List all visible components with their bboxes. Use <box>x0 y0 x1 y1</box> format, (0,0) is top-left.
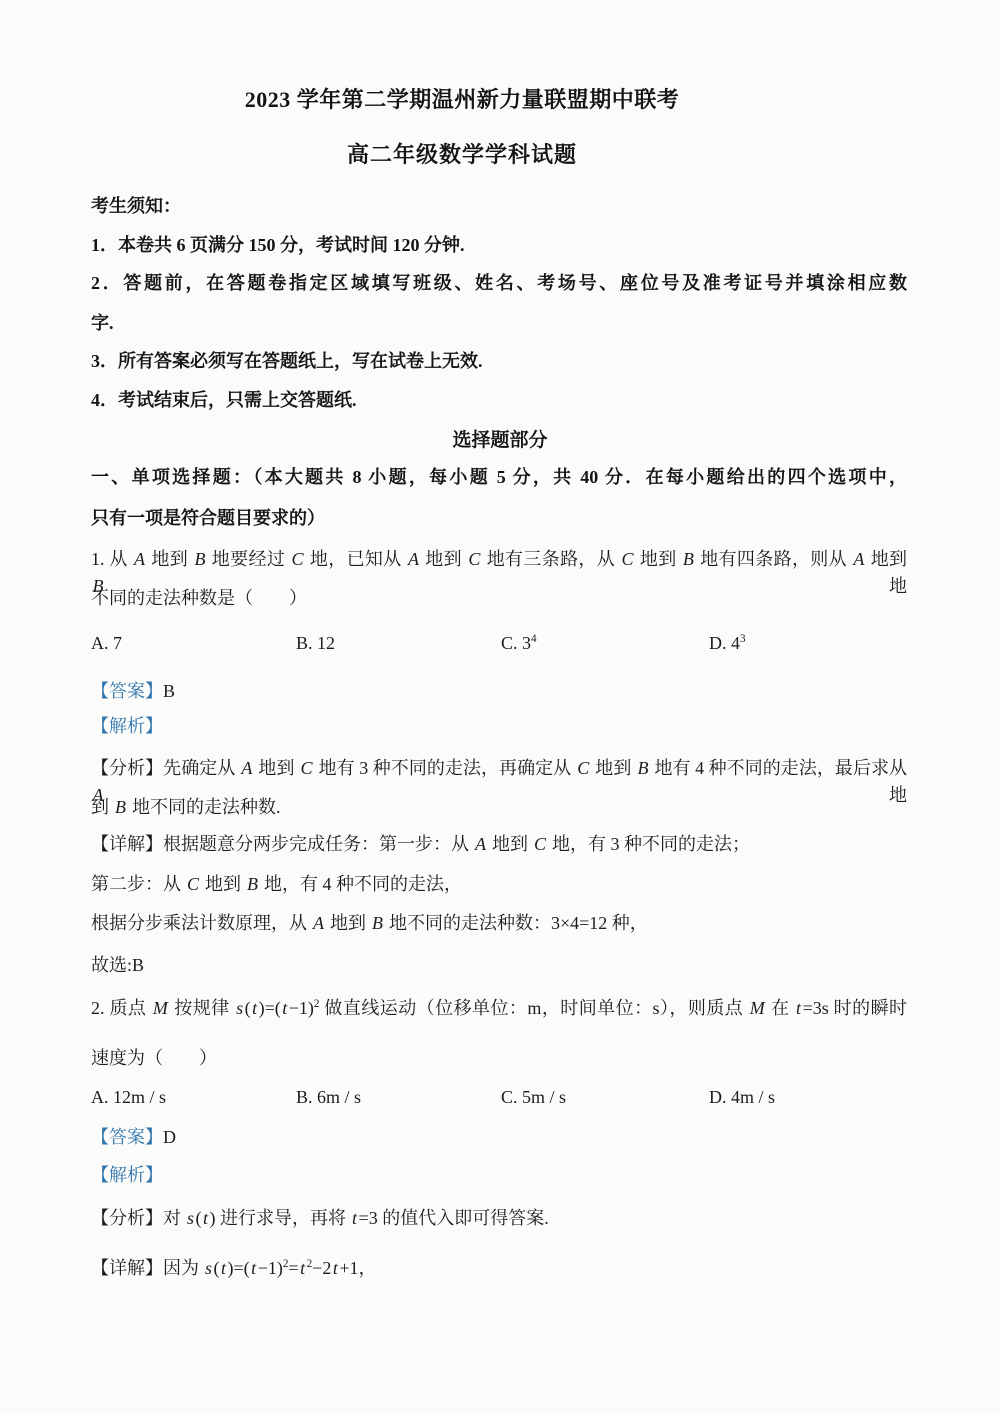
question-2-option-c: C. 5m / s <box>501 1084 566 1111</box>
question-1-jiexi-line: 【解析】 <box>91 713 163 740</box>
question-2-option-a: A. 12m / s <box>91 1084 166 1111</box>
question-1-detail-line1: 【详解】根据题意分两步完成任务：第一步：从 A 地到 C 地，有 3 种不同的走… <box>91 831 750 858</box>
notice-item-4: 4．考试结束后，只需上交答题纸. <box>91 387 357 414</box>
question-1-option-c: C. 34 <box>501 630 537 657</box>
question-1-detail-line3: 根据分步乘法计数原理，从 A 地到 B 地不同的走法种数：3×4=12 种， <box>91 910 648 937</box>
question-1-analysis-line2: 到 B 地不同的走法种数. <box>91 794 281 821</box>
question-2-option-d: D. 4m / s <box>709 1084 775 1111</box>
notice-item-2-continuation: 字. <box>91 310 114 337</box>
question-1-conclusion: 故选:B <box>91 952 144 979</box>
question-1-detail-line2: 第二步：从 C 地到 B 地，有 4 种不同的走法， <box>91 871 462 898</box>
question-2-jiexi-line: 【解析】 <box>91 1162 163 1189</box>
question-1-option-b: B. 12 <box>296 630 335 657</box>
notice-item-3: 3．所有答案必须写在答题纸上，写在试卷上无效. <box>91 348 483 375</box>
question-2-option-b: B. 6m / s <box>296 1084 361 1111</box>
notice-item-1: 1．本卷共 6 页满分 150 分，考试时间 120 分钟. <box>91 232 465 259</box>
question-1-option-d: D. 43 <box>709 630 746 657</box>
notice-item-2: 2．答题前，在答题卷指定区域填写班级、姓名、考场号、座位号及准考证号并填涂相应数 <box>91 270 907 297</box>
section-heading-line2: 只有一项是符合题目要求的） <box>91 505 325 532</box>
exam-paper-page: 2023 学年第二学期温州新力量联盟期中联考 高二年级数学学科试题 考生须知： … <box>0 0 1000 1414</box>
question-1-answer-line: 【答案】B <box>91 678 175 705</box>
notice-heading: 考生须知： <box>91 193 181 220</box>
part-title: 选择题部分 <box>0 427 1000 454</box>
question-2-text-line2: 速度为（ ） <box>91 1045 217 1072</box>
exam-title: 2023 学年第二学期温州新力量联盟期中联考 <box>0 86 924 113</box>
question-2-analysis-line1: 【分析】对 s(t) 进行求导，再将 t=3 的值代入即可得答案. <box>91 1205 549 1232</box>
question-1-option-a: A. 7 <box>91 630 122 657</box>
question-2-detail-line1: 【详解】因为 s(t)=(t−1)2=t2−2t+1， <box>91 1255 377 1282</box>
question-1-text-line2: 不同的走法种数是（ ） <box>91 585 307 612</box>
question-2-text-line1: 2. 质点 M 按规律 s(t)=(t−1)2 做直线运动（位移单位：m，时间单… <box>91 995 907 1022</box>
exam-subtitle: 高二年级数学学科试题 <box>0 141 924 168</box>
section-heading-line1: 一、单项选择题：（本大题共 8 小题，每小题 5 分，共 40 分．在每小题给出… <box>91 464 907 491</box>
question-2-answer-line: 【答案】D <box>91 1124 176 1151</box>
